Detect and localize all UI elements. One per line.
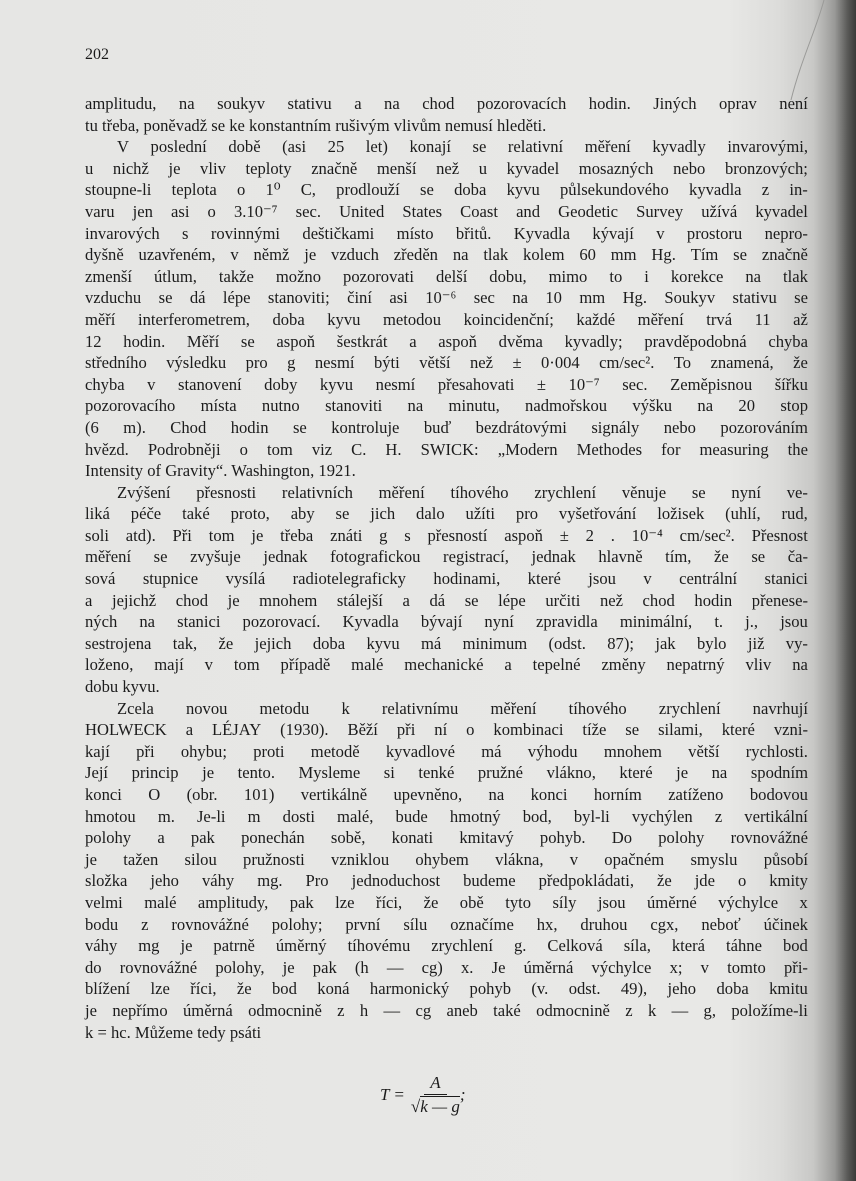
- page-number: 202: [85, 46, 109, 64]
- text-line: Zvýšenípřesnostirelativníchměřenítíhovéh…: [85, 482, 808, 504]
- text-line: varujenasio3.10⁻⁷sec.UnitedStatesCoastan…: [85, 201, 808, 223]
- text-line: amplitudu,nasoukyvstativuanachodpozorova…: [85, 93, 808, 115]
- text-line: nýchnastanicipozorovací.Kyvadlabývajínyn…: [85, 611, 808, 633]
- text-line: likápéčetaképroto,abysejichdaloužítiprov…: [85, 503, 808, 525]
- text-line: (6m).Chodhodinsekontrolujebuďbezdrátovým…: [85, 417, 808, 439]
- text-line: sovástupnicevysíláradiotelegrafickyhodin…: [85, 568, 808, 590]
- text-line: velmimaléamplitudy,paklzeříci,žeobětytos…: [85, 892, 808, 914]
- text-line: konciO(obr.101)vertikálněupevněno,nakonc…: [85, 784, 808, 806]
- text-line: hvězd.PodrobnějiotomvizC.H.SWICK:„Modern…: [85, 439, 808, 461]
- text-line: unichžjevlivteplotyznačněmenšínežukyvade…: [85, 158, 808, 180]
- text-line: invarovýchsrovinnýmideštičkamimístobřitů…: [85, 223, 808, 245]
- text-line: hmotoum.Je-limdostimalé,budehmotnýbod,by…: [85, 806, 808, 828]
- text-line: jetažensiloupružnostivzniklouohybemvlákn…: [85, 849, 808, 871]
- text-line: polohyapakponechánsobě,konatikmitavýpohy…: [85, 827, 808, 849]
- text-line: chybavstanovenídobykyvunesmípřesahovati±…: [85, 374, 808, 396]
- formula-lhs: T =: [380, 1085, 405, 1105]
- body-text: amplitudu,nasoukyvstativuanachodpozorova…: [85, 93, 808, 1043]
- text-line: 12hodin.Měříseaspoňšestkrátaaspoňdvěmaky…: [85, 331, 808, 353]
- formula-suffix: ;: [460, 1085, 466, 1105]
- book-page: 202 amplitudu,nasoukyvstativuanachodpozo…: [0, 0, 856, 1181]
- text-line: Intensity of Gravity“. Washington, 1921.: [85, 460, 808, 482]
- text-line: středníhovýsledkuprognesmíbýtivětšínež±0…: [85, 352, 808, 374]
- text-line: váhymgjepatrněúměrnýtíhovémuzrychleníg.C…: [85, 935, 808, 957]
- text-line: dobu kyvu.: [85, 676, 808, 698]
- text-line: jenepřímoúměrnáodmocninězh—cganebtakéodm…: [85, 1000, 808, 1022]
- formula-radicand: k — g: [420, 1096, 460, 1116]
- text-line: kajípřiohybu;protimetoděkyvadlovémávýhod…: [85, 741, 808, 763]
- text-line: zmenšíútlum,takžemožnopozorovatidelšídob…: [85, 266, 808, 288]
- text-line: Vposlednídobě(asi25let)konajíserelativní…: [85, 136, 808, 158]
- text-line: Zcelanovoumetodukrelativnímuměřenítíhové…: [85, 698, 808, 720]
- page-crease: [766, 0, 826, 100]
- text-line: vzduchusedálépestanoviti;činíasi10⁻⁶secn…: [85, 287, 808, 309]
- formula-fraction: A √k — g: [411, 1073, 460, 1117]
- text-line: dorovnovážnépolohy,jepak(h—cg)x.Jeúměrná…: [85, 957, 808, 979]
- period-formula: T = A √k — g ;: [380, 1073, 466, 1117]
- text-line: složkajehováhymg.Projednoduchostbudemepř…: [85, 870, 808, 892]
- text-line: sestrojenatak,žejejichdobakyvumáminimum(…: [85, 633, 808, 655]
- text-line: blíženílzeříci,žebodkonáharmonickýpohyb(…: [85, 978, 808, 1000]
- formula-numerator: A: [424, 1073, 446, 1095]
- text-line: HOLWECKaLÉJAY(1930).Běžípřiníokombinacit…: [85, 719, 808, 741]
- text-line: soliatd).Přitomjetřebaznátigspřesnostías…: [85, 525, 808, 547]
- radical-sign: √: [411, 1097, 420, 1116]
- text-line: k = hc. Můžeme tedy psáti: [85, 1022, 808, 1044]
- text-line: boduzrovnovážnépolohy;prvnísíluoznačímeh…: [85, 914, 808, 936]
- text-line: měříinterferometrem,dobakyvumetodoukoinc…: [85, 309, 808, 331]
- text-line: měřenísezvyšujejednakfotografickouregist…: [85, 546, 808, 568]
- formula-denominator: √k — g: [411, 1095, 460, 1117]
- text-line: pozorovacíhomístanutnostanovitinaminutu,…: [85, 395, 808, 417]
- text-line: dyšněuzavřeném,vněmžjevzduchzředěnnatlak…: [85, 244, 808, 266]
- text-line: stoupne-liteplotao1⁰C,prodloužísedobakyv…: [85, 179, 808, 201]
- text-line: loženo,majívtompřípaděmalémechanickéatep…: [85, 654, 808, 676]
- text-line: ajejichžchodjemnohemstálejšíadáselépeurč…: [85, 590, 808, 612]
- text-line: Jejíprincipjetento.Myslemesitenképružnév…: [85, 762, 808, 784]
- text-line: tu třeba, poněvadž se ke konstantním ruš…: [85, 115, 808, 137]
